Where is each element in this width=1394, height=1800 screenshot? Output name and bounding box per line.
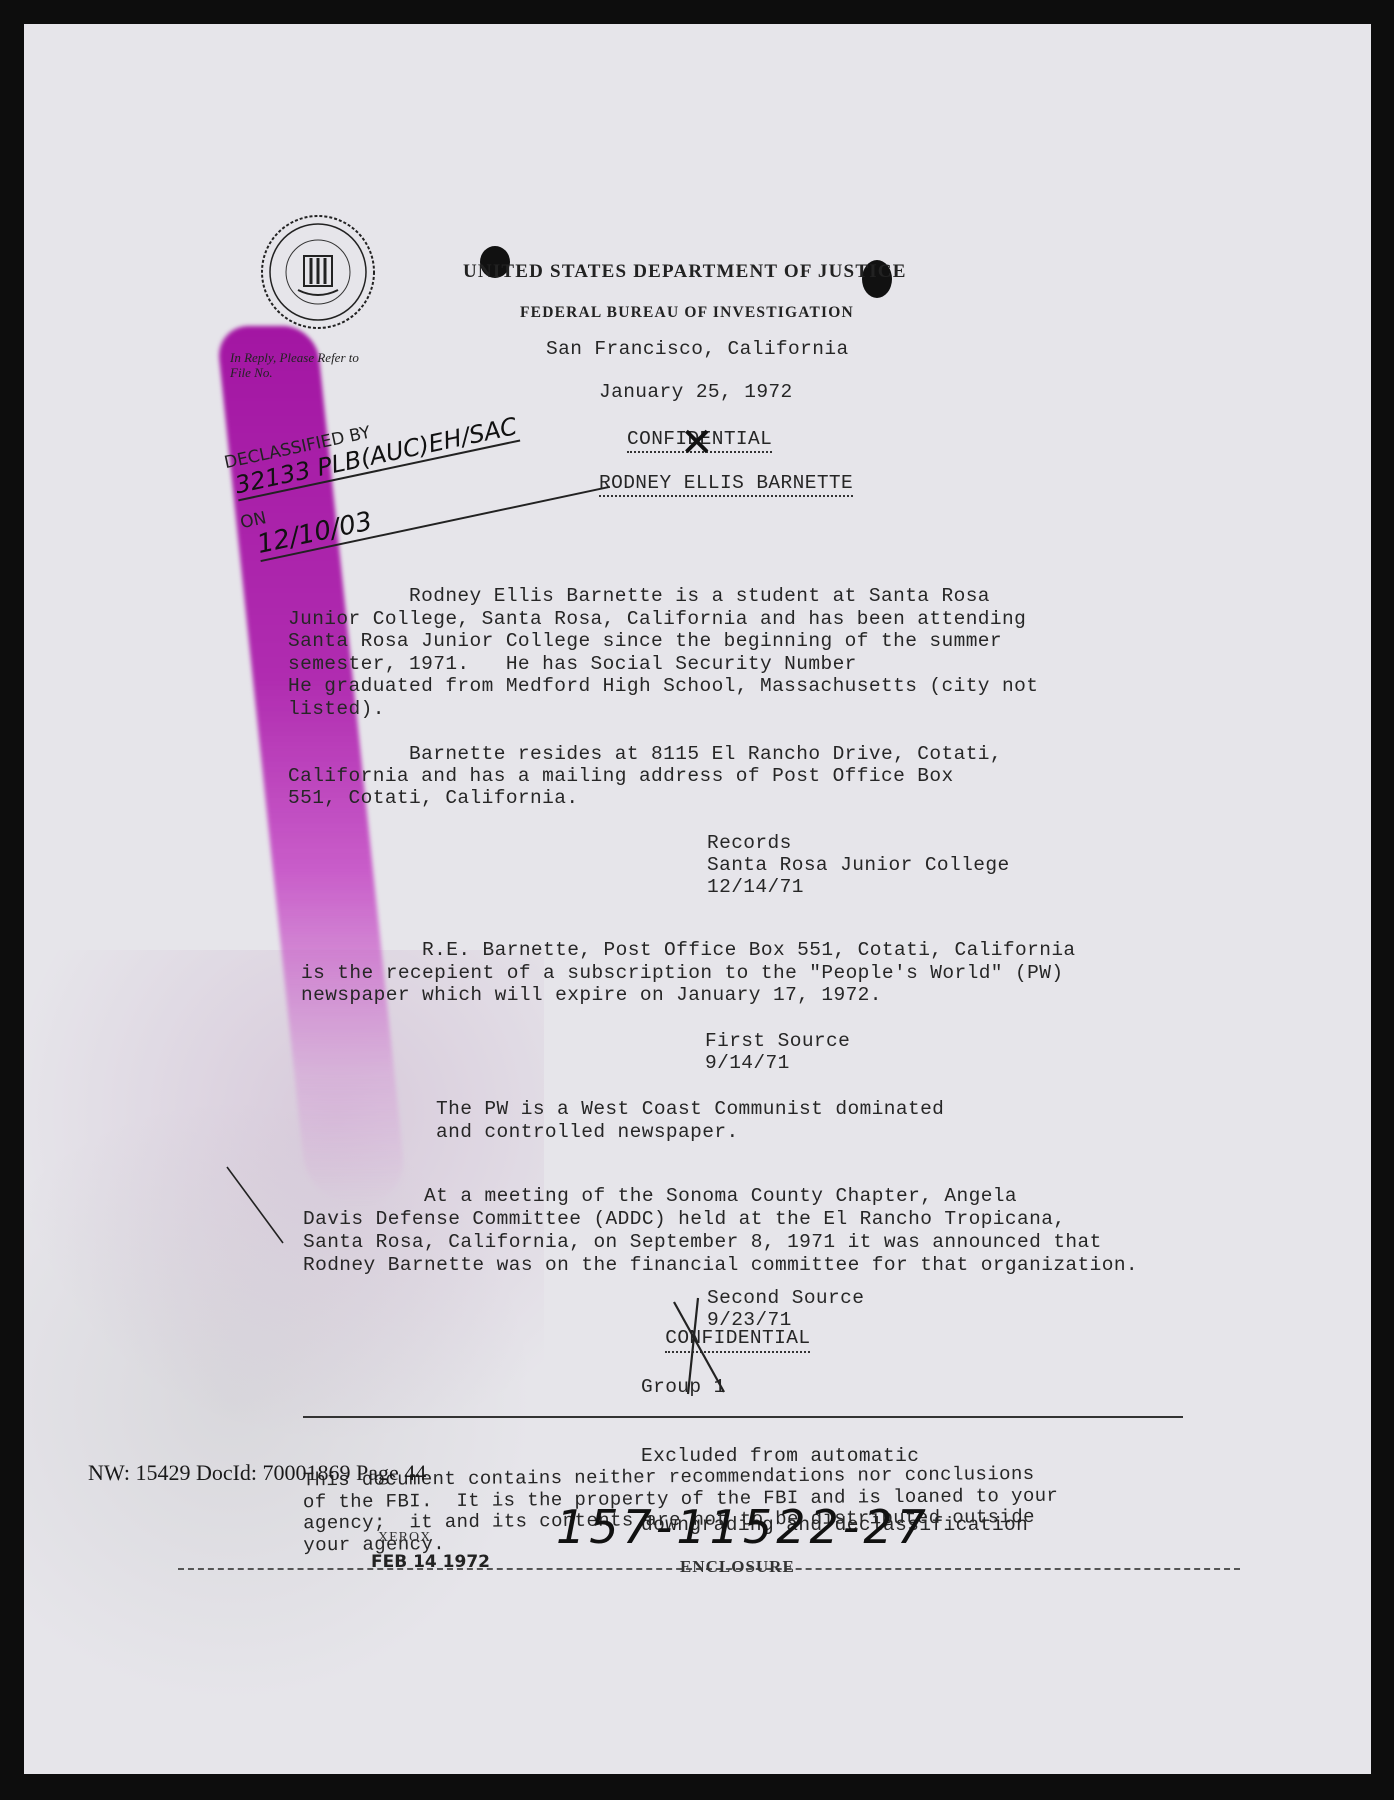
reply-note: In Reply, Please Refer toFile No. <box>230 350 359 380</box>
bureau-heading: FEDERAL BUREAU OF INVESTIGATION <box>520 304 854 322</box>
cross-out-mark-bottom <box>668 1296 738 1396</box>
file-number-handwritten: 157-11522-27 <box>556 1500 930 1554</box>
paragraph-3: R.E. Barnette, Post Office Box 551, Cota… <box>301 894 1076 1029</box>
xerox-stamp: XEROX <box>378 1530 431 1546</box>
doj-fbi-seal-icon <box>258 212 378 332</box>
divider-line <box>303 1416 1183 1418</box>
cross-out-mark: ✕ <box>680 420 714 466</box>
letter-date: January 25, 1972 <box>599 381 793 403</box>
location: San Francisco, California <box>546 338 849 360</box>
enclosure-stamp: ENCLOSURE <box>680 1557 795 1577</box>
margin-slash-mark <box>225 1165 285 1245</box>
subject-heading: RODNEY ELLIS BARNETTE <box>599 472 853 497</box>
archive-stamp: NW: 15429 DocId: 70001869 Page 44 <box>88 1460 426 1486</box>
department-heading: UNITED STATES DEPARTMENT OF JUSTICE <box>463 261 907 283</box>
